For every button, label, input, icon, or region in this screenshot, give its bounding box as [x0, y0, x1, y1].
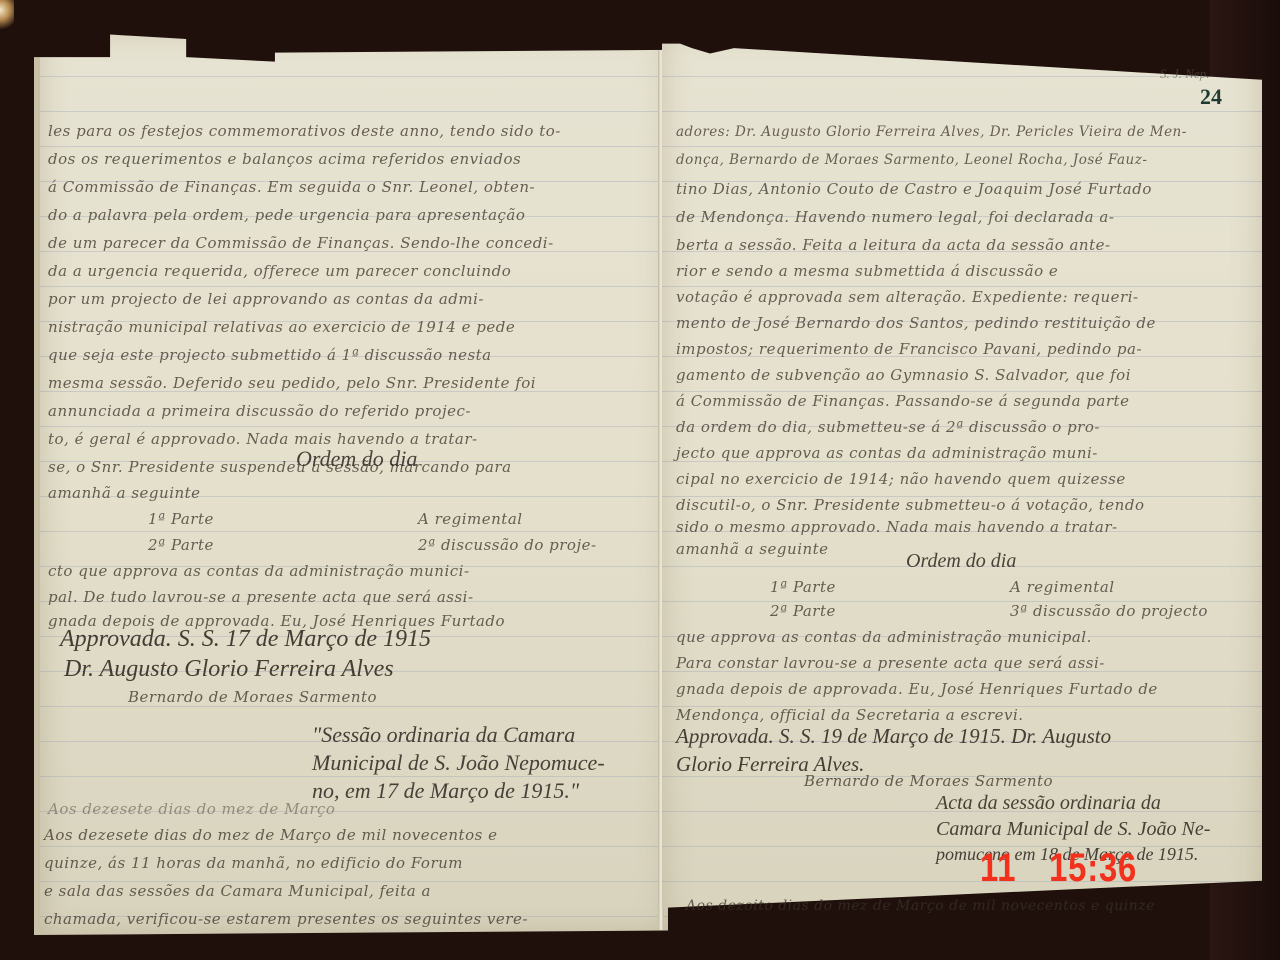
text-line: les para os festejos commemorativos dest…	[48, 122, 561, 140]
text-line: que approva as contas da administração m…	[676, 628, 1092, 646]
section-heading-line: Camara Municipal de S. João Ne-	[936, 818, 1210, 841]
lamp-glow	[0, 0, 14, 30]
text-line: votação é approvada sem alteração. Exped…	[676, 288, 1139, 306]
text-line: se, o Snr. Presidente suspendeu a sessão…	[48, 458, 512, 476]
text-line: chamada, verificou-se estarem presentes …	[44, 910, 528, 928]
text-line: jecto que approva as contas da administr…	[676, 444, 1098, 462]
ordem-do-dia-heading: Ordem do dia	[296, 446, 417, 472]
ordem-part: 1ª Parte	[148, 510, 214, 528]
approval-line: Approvada. S. S. 17 de Março de 1915	[60, 626, 431, 653]
text-line: que seja este projecto submettido á 1ª d…	[48, 346, 492, 364]
text-line: impostos; requerimento de Francisco Pava…	[676, 340, 1142, 358]
ordem-part: 1ª Parte	[770, 578, 836, 596]
text-line: adores: Dr. Augusto Glorio Ferreira Alve…	[676, 124, 1187, 140]
text-line: amanhã a seguinte	[48, 484, 201, 502]
section-heading-line: Acta da sessão ordinaria da	[936, 792, 1161, 815]
text-line: de Mendonça. Havendo numero legal, foi d…	[676, 208, 1114, 226]
text-line: gamento de subvenção ao Gymnasio S. Salv…	[676, 366, 1131, 384]
text-line: annunciada a primeira discussão do refer…	[48, 402, 471, 420]
ordem-desc: A regimental	[418, 510, 523, 528]
text-line: de um parecer da Commissão de Finanças. …	[48, 234, 554, 252]
text-line: berta a sessão. Feita a leitura da acta …	[676, 236, 1111, 254]
corner-note: S. J. Nep.	[1160, 66, 1209, 82]
text-line: quinze, ás 11 horas da manhã, no edifici…	[44, 854, 463, 872]
approval-line: Approvada. S. S. 19 de Março de 1915. Dr…	[676, 724, 1111, 749]
text-line: cto que approva as contas da administraç…	[48, 562, 470, 580]
text-line: sido o mesmo approvado. Nada mais havend…	[676, 518, 1118, 536]
text-line: e sala das sessões da Camara Municipal, …	[44, 882, 431, 900]
text-line: da ordem do dia, submetteu-se á 2ª discu…	[676, 418, 1100, 436]
section-heading-line: no, em 17 de Março de 1915."	[312, 778, 579, 804]
ordem-desc: A regimental	[1010, 578, 1115, 596]
text-line: mento de José Bernardo dos Santos, pedin…	[676, 314, 1156, 332]
timestamp-time: 15:36	[1049, 846, 1137, 890]
faint-erased-line: Aos dezesete dias do mez de Março	[48, 800, 335, 818]
text-line: á Commissão de Finanças. Passando-se á s…	[676, 392, 1129, 410]
timestamp-day: 11	[980, 846, 1016, 890]
text-line: á Commissão de Finanças. Em seguida o Sn…	[48, 178, 535, 196]
text-line: dos os requerimentos e balanços acima re…	[48, 150, 521, 168]
signature: Bernardo de Moraes Sarmento	[128, 688, 377, 706]
text-line: da a urgencia requerida, offerece um par…	[48, 262, 511, 280]
text-line: Mendonça, official da Secretaria a escre…	[676, 706, 1024, 724]
text-line: gnada depois de approvada. Eu, José Henr…	[676, 680, 1158, 698]
text-line: tino Dias, Antonio Couto de Castro e Joa…	[676, 180, 1152, 198]
signature: Dr. Augusto Glorio Ferreira Alves	[64, 656, 394, 683]
ordem-part: 2ª Parte	[770, 602, 836, 620]
text-line: pal. De tudo lavrou-se a presente acta q…	[48, 588, 474, 606]
text-line: mesma sessão. Deferido seu pedido, pelo …	[48, 374, 536, 392]
text-line: Aos dezesete dias do mez de Março de mil…	[44, 826, 497, 844]
signature: Bernardo de Moraes Sarmento	[804, 772, 1053, 790]
text-line: donça, Bernardo de Moraes Sarmento, Leon…	[676, 152, 1147, 168]
text-line: nistração municipal relativas ao exercic…	[48, 318, 515, 336]
text-line: rior e sendo a mesma submettida á discus…	[676, 262, 1058, 280]
text-line: Aos dezoito dias do mez de Março de mil …	[686, 898, 1155, 914]
section-heading-line: Municipal de S. João Nepomuce-	[312, 750, 605, 776]
text-line: discutil-o, o Snr. Presidente submetteu-…	[676, 496, 1144, 514]
folio-number: 24	[1200, 84, 1222, 110]
ordem-do-dia-heading: Ordem do dia	[906, 550, 1016, 573]
text-line: amanhã a seguinte	[676, 540, 829, 558]
text-line: por um projecto de lei approvando as con…	[48, 290, 484, 308]
camera-timestamp: 1115:36	[980, 846, 1137, 891]
ordem-desc: 3ª discussão do projecto	[1010, 602, 1208, 620]
section-heading-line: "Sessão ordinaria da Camara	[312, 722, 575, 748]
text-line: do a palavra pela ordem, pede urgencia p…	[48, 206, 525, 224]
text-line: cipal no exercicio de 1914; não havendo …	[676, 470, 1126, 488]
ordem-part: 2ª Parte	[148, 536, 214, 554]
text-line: Para constar lavrou-se a presente acta q…	[676, 654, 1105, 672]
ordem-desc: 2ª discussão do proje-	[418, 536, 597, 554]
